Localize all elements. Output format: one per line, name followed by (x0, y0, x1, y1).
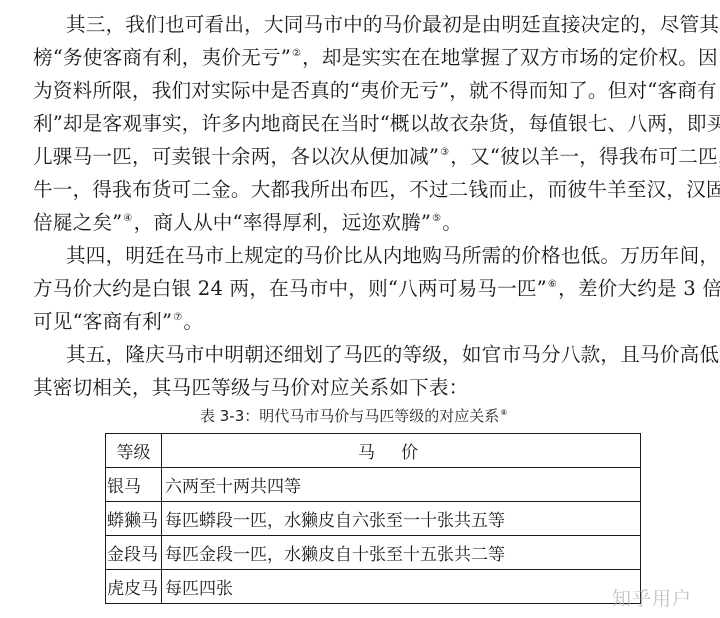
document-page: 其三，我们也可看出，大同马市中的马价最初是由明廷直接决定的，尽管其标 榜“务使客… (0, 0, 720, 618)
text-span: 其四，明廷在马市上规定的马价比从内地购马所需的价格也低。万历年间，南 (66, 244, 720, 267)
text-span: 倍屣之矣” (33, 211, 122, 234)
header-grade: 等级 (106, 434, 162, 468)
paragraph-3-line-3: 为资料所限，我们对实际中是否真的“夷价无亏”，就不得而知了。但对“客商有 (33, 78, 693, 104)
text-span: 方马价大约是白银 24 两，在马市中，则“八两可易马一匹” (33, 277, 547, 300)
text-span: 为资料所限，我们对实际中是否真的“夷价无亏”，就不得而知了。但对“客商有 (33, 79, 717, 102)
table-header-row: 等级 马价 (106, 434, 641, 468)
zhihu-watermark: 知乎用户 (612, 584, 692, 611)
text-span: 。 (442, 211, 462, 234)
footnote-marker[interactable]: ⑥ (548, 279, 557, 290)
text-span: 其密切相关，其马匹等级与马价对应关系如下表： (33, 376, 468, 399)
table-row: 虎皮马 每匹四张 (106, 570, 641, 604)
text-span: 牛一，得我布货可二金。大都我所出布匹，不过二钱而止，而彼牛羊至汉，汉固己 (33, 178, 720, 201)
text-span: ，商人从中“率得厚利，远迩欢腾” (134, 211, 432, 234)
paragraph-3-line-6: 牛一，得我布货可二金。大都我所出布匹，不过二钱而止，而彼牛羊至汉，汉固己 (33, 177, 693, 203)
cell-grade: 蟒獭马 (106, 502, 162, 536)
footnote-marker[interactable]: ⑦ (173, 312, 182, 323)
text-span: 可见“客商有利” (33, 310, 172, 333)
paragraph-3-line-4: 利”却是客观事实，许多内地商民在当时“概以故衣杂货，每值银七、八两，即买 (33, 111, 693, 137)
text-span: 儿骒马一匹，可卖银十余两，各以次从便加减” (33, 145, 439, 168)
footnote-marker[interactable]: ⑧ (500, 408, 507, 417)
paragraph-3-line-1: 其三，我们也可看出，大同马市中的马价最初是由明廷直接决定的，尽管其标 (66, 12, 693, 38)
footnote-marker[interactable]: ③ (440, 147, 449, 158)
paragraph-5-line-1: 其五，隆庆马市中明朝还细划了马匹的等级，如官市马分八款，且马价高低与 (66, 342, 693, 368)
paragraph-3-line-2: 榜“务使客商有利，夷价无亏”②，却是实实在在地掌握了双方市场的定价权。因 (33, 45, 693, 71)
paragraph-4-line-1: 其四，明廷在马市上规定的马价比从内地购马所需的价格也低。万历年间，南 (66, 243, 693, 269)
paragraph-3-line-5: 儿骒马一匹，可卖银十余两，各以次从便加减”③，又“彼以羊一，得我布可二匹， (33, 144, 693, 170)
footnote-marker[interactable]: ⑤ (432, 213, 441, 224)
header-price: 马价 (162, 434, 641, 468)
cell-grade: 金段马 (106, 536, 162, 570)
paragraph-3-line-7: 倍屣之矣”④，商人从中“率得厚利，远迩欢腾”⑤。 (33, 210, 693, 236)
cell-price: 每匹金段一匹，水獭皮自十张至十五张共二等 (162, 536, 641, 570)
paragraph-4-line-3: 可见“客商有利”⑦。 (33, 309, 693, 335)
text-span: ，又“彼以羊一，得我布可二匹， (450, 145, 720, 168)
table-row: 金段马 每匹金段一匹，水獭皮自十张至十五张共二等 (106, 536, 641, 570)
footnote-marker[interactable]: ④ (123, 213, 132, 224)
text-span: 其三，我们也可看出，大同马市中的马价最初是由明廷直接决定的，尽管其标 (66, 13, 720, 36)
cell-price: 每匹蟒段一匹，水獭皮自六张至一十张共五等 (162, 502, 641, 536)
text-span: 利”却是客观事实，许多内地商民在当时“概以故衣杂货，每值银七、八两，即买 (33, 112, 720, 135)
cell-grade: 虎皮马 (106, 570, 162, 604)
text-span: 其五，隆庆马市中明朝还细划了马匹的等级，如官市马分八款，且马价高低与 (66, 343, 720, 366)
cell-price: 每匹四张 (162, 570, 641, 604)
table-row: 银马 六两至十两共四等 (106, 468, 641, 502)
cell-grade: 银马 (106, 468, 162, 502)
text-span: 。 (183, 310, 203, 333)
paragraph-5-line-2: 其密切相关，其马匹等级与马价对应关系如下表： (33, 375, 693, 401)
caption-text: 表 3-3：明代马市马价与马匹等级的对应关系 (200, 407, 499, 425)
table-row: 蟒獭马 每匹蟒段一匹，水獭皮自六张至一十张共五等 (106, 502, 641, 536)
footnote-marker[interactable]: ② (292, 48, 301, 59)
table-caption: 表 3-3：明代马市马价与马匹等级的对应关系⑧ (200, 406, 560, 426)
text-span: 榜“务使客商有利，夷价无亏” (33, 46, 291, 69)
text-span: ，却是实实在在地掌握了双方市场的定价权。因 (302, 46, 718, 69)
paragraph-4-line-2: 方马价大约是白银 24 两，在马市中，则“八两可易马一匹”⑥，差价大约是 3 倍… (33, 276, 693, 302)
text-span: ，差价大约是 3 倍， (558, 277, 720, 300)
cell-price: 六两至十两共四等 (162, 468, 641, 502)
horse-grade-price-table: 等级 马价 银马 六两至十两共四等 蟒獭马 每匹蟒段一匹，水獭皮自六张至一十张共… (105, 433, 641, 604)
